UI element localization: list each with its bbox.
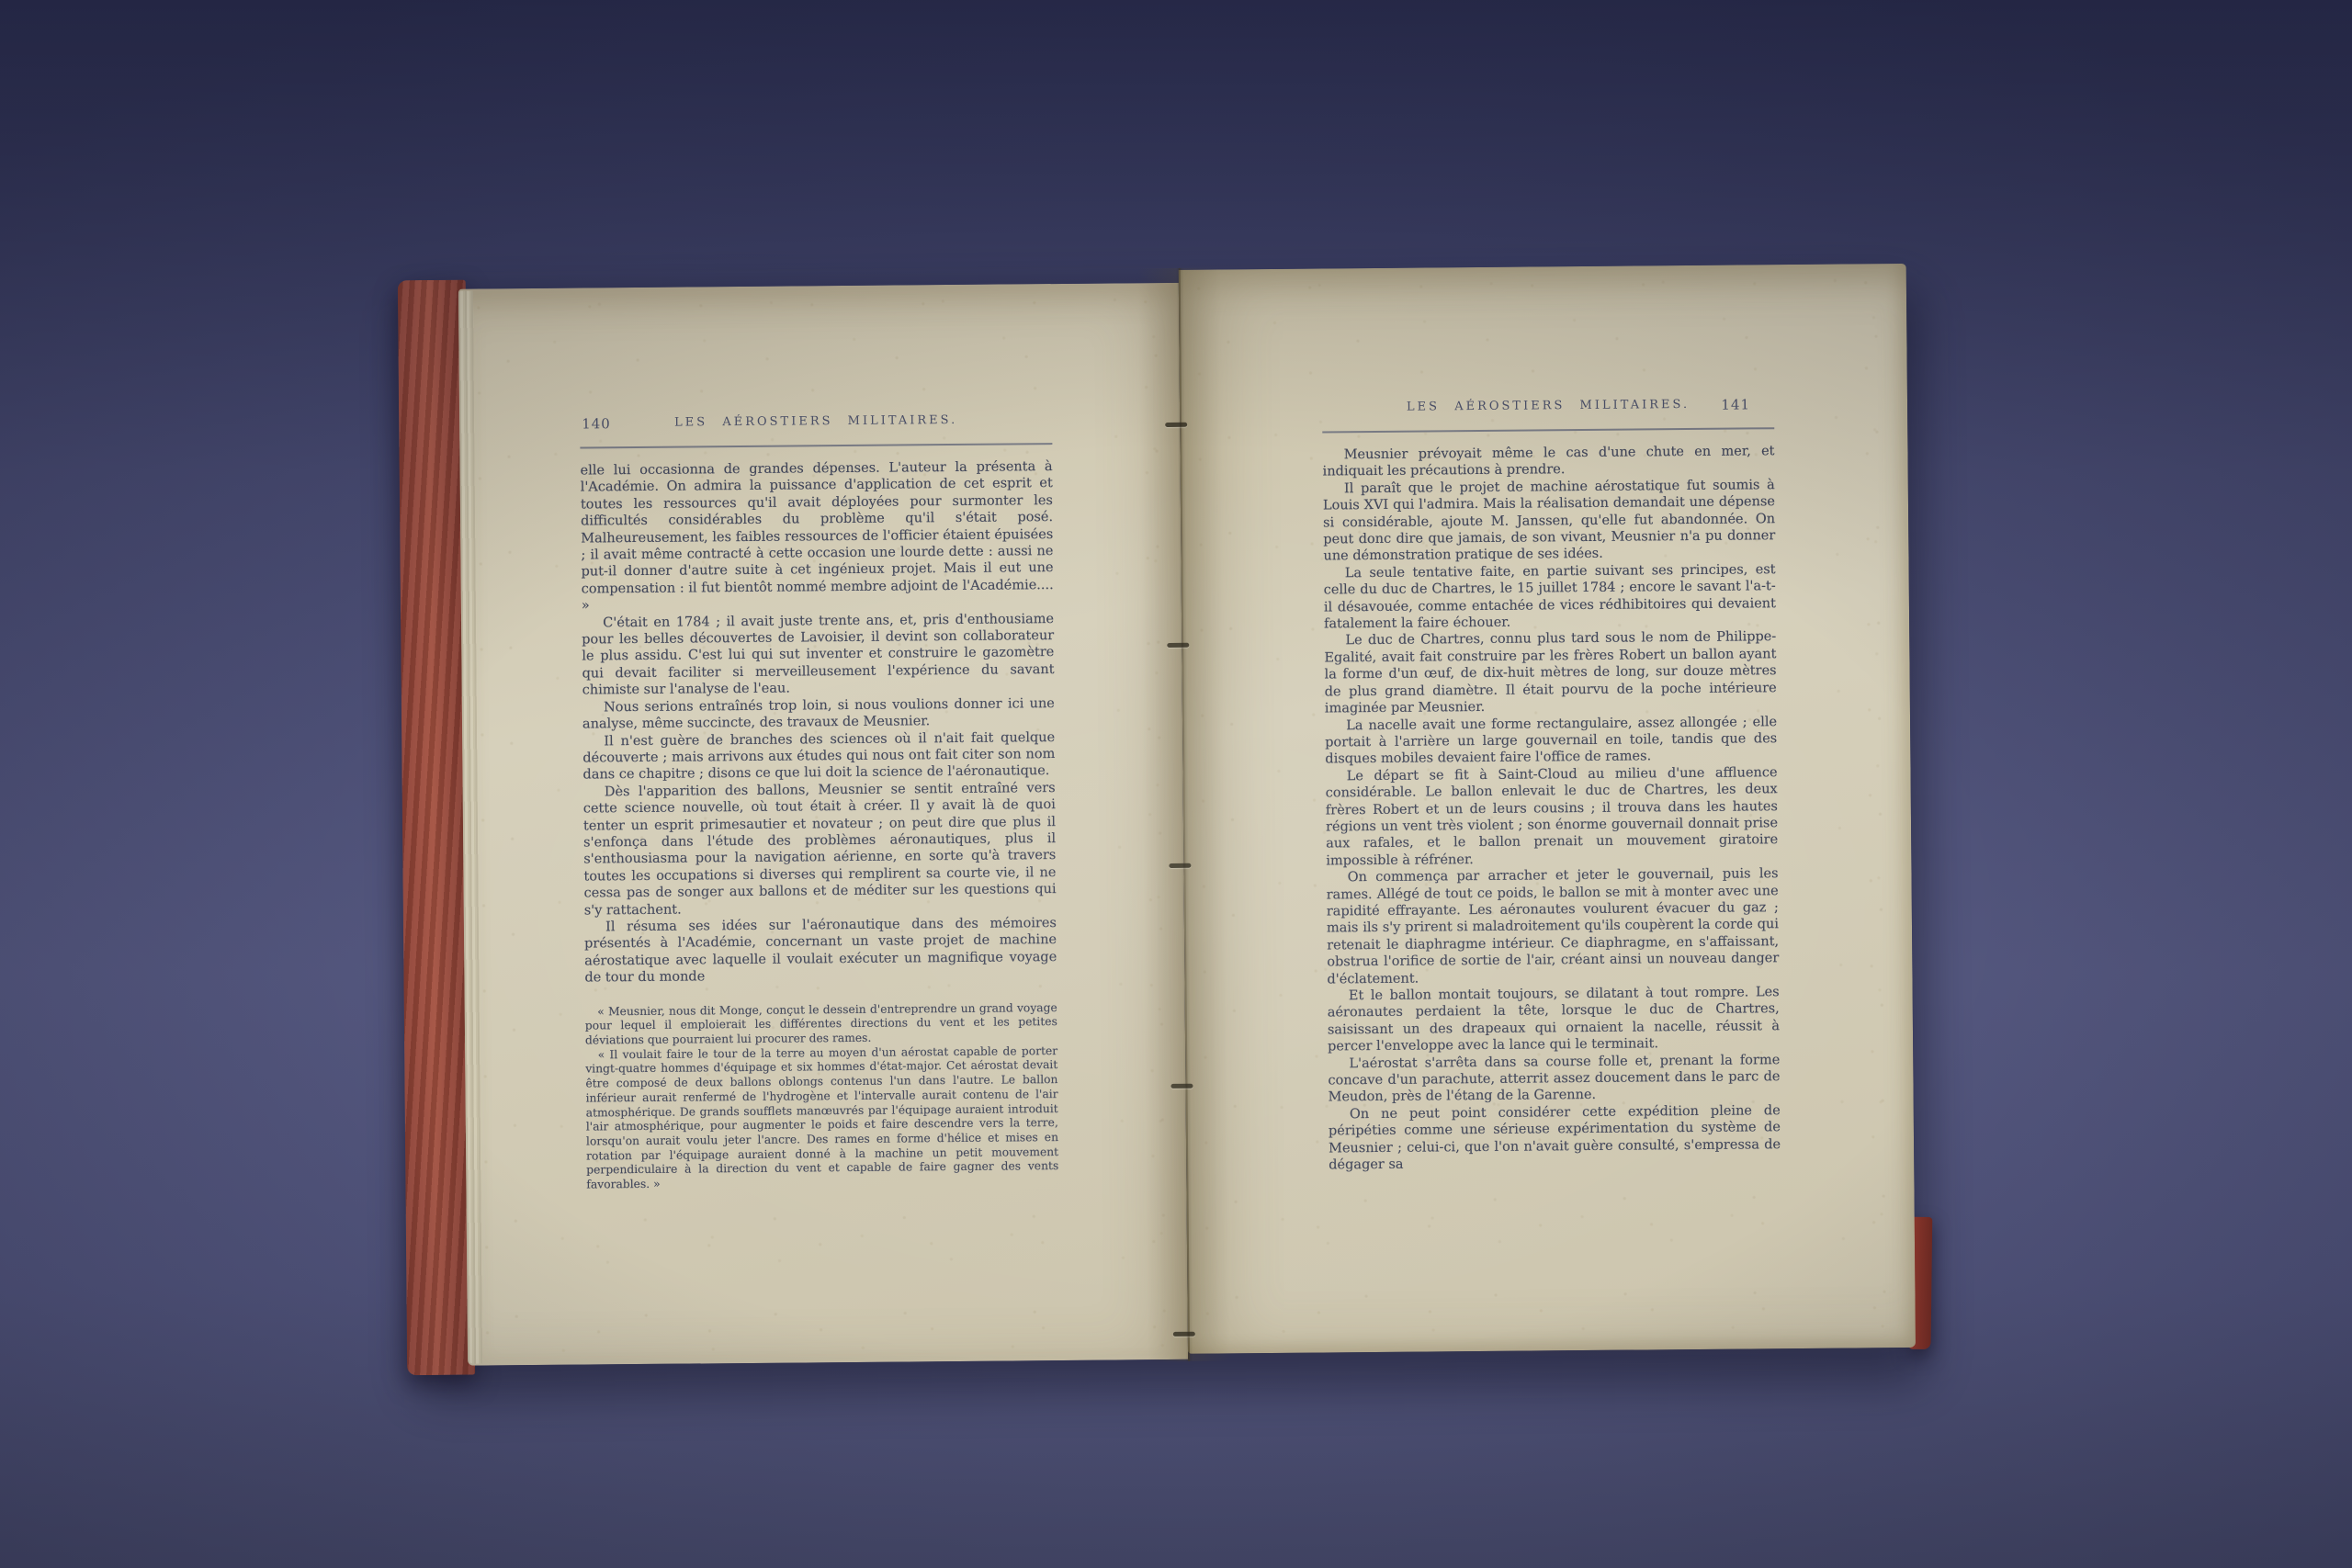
- paragraph: Dès l'apparition des ballons, Meusnier s…: [583, 780, 1057, 919]
- paragraph: Et le ballon montait toujours, se dilata…: [1328, 984, 1781, 1055]
- left-page-body-text: elle lui occasionna de grandes dépenses.…: [581, 458, 1057, 987]
- paragraph: On commença par arracher et jeter le gou…: [1326, 865, 1779, 987]
- right-header-rule: [1322, 427, 1774, 433]
- right-page-body-text: Meusnier prévoyait même le cas d'une chu…: [1322, 443, 1781, 1174]
- photo-backdrop: { "document": { "type": "open-book-photo…: [0, 0, 2352, 1568]
- left-page-footnote: « Meusnier, nous dit Monge, conçut le de…: [585, 1001, 1059, 1193]
- paragraph: La nacelle avait une forme rectangulaire…: [1325, 714, 1777, 769]
- right-page: LES AÉROSTIERS MILITAIRES. 141 Meusnier …: [1179, 264, 1916, 1354]
- left-page: 140 LES AÉROSTIERS MILITAIRES. elle lui …: [458, 283, 1188, 1366]
- right-running-title: LES AÉROSTIERS MILITAIRES.: [1322, 397, 1774, 414]
- right-page-header: LES AÉROSTIERS MILITAIRES. 141: [1322, 397, 1774, 421]
- paragraph: L'aérostat s'arrêta dans sa course folle…: [1328, 1052, 1780, 1107]
- left-running-title: LES AÉROSTIERS MILITAIRES.: [580, 412, 1052, 430]
- paragraph: C'était en 1784 ; il avait juste trente …: [582, 611, 1055, 700]
- paragraph: La seule tentative faite, en partie suiv…: [1324, 561, 1777, 633]
- binding-stitch: [1173, 1332, 1195, 1337]
- paragraph: elle lui occasionna de grandes dépenses.…: [581, 458, 1054, 615]
- right-page-number: 141: [1721, 396, 1750, 412]
- right-page-text-column: LES AÉROSTIERS MILITAIRES. 141 Meusnier …: [1322, 397, 1781, 1174]
- paragraph: Il paraît que le projet de machine aéros…: [1323, 477, 1776, 565]
- left-page-header: 140 LES AÉROSTIERS MILITAIRES.: [580, 412, 1052, 436]
- binding-stitch: [1165, 423, 1187, 427]
- binding-stitch: [1169, 863, 1191, 868]
- paragraph: Il résuma ses idées sur l'aéronautique d…: [584, 915, 1057, 987]
- paragraph: Le départ se fit à Saint-Cloud au milieu…: [1325, 764, 1778, 870]
- paragraph: Le duc de Chartres, connu plus tard sous…: [1324, 629, 1777, 717]
- paragraph: Nous serions entraînés trop loin, si nou…: [582, 695, 1055, 733]
- binding-stitch: [1167, 643, 1189, 648]
- paragraph: « Il voulait faire le tour de la terre a…: [585, 1044, 1058, 1193]
- paragraph: Meusnier prévoyait même le cas d'une chu…: [1322, 443, 1774, 480]
- paragraph: « Meusnier, nous dit Monge, conçut le de…: [585, 1001, 1057, 1049]
- left-page-text-column: 140 LES AÉROSTIERS MILITAIRES. elle lui …: [580, 412, 1058, 1192]
- open-book: 140 LES AÉROSTIERS MILITAIRES. elle lui …: [398, 262, 1933, 1388]
- binding-stitch: [1170, 1084, 1193, 1089]
- left-header-rule: [580, 443, 1052, 448]
- paragraph: On ne peut point considérer cette expédi…: [1329, 1102, 1781, 1174]
- paragraph: Il n'est guère de branches des sciences …: [582, 729, 1055, 784]
